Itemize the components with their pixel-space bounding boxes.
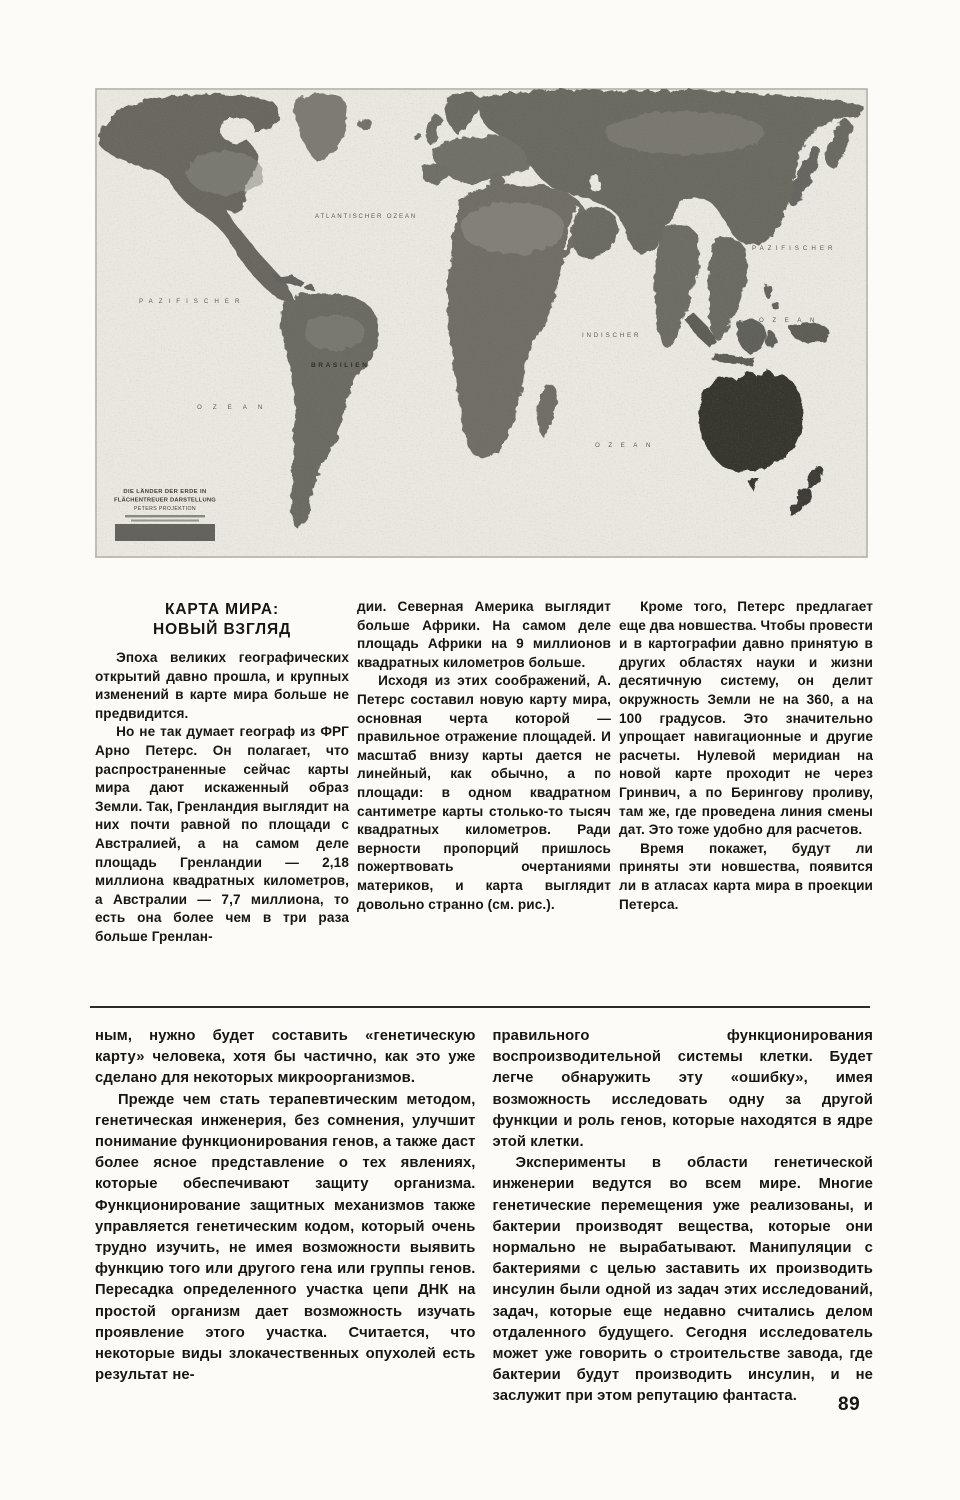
legend-scale-strip [115, 524, 215, 541]
article-genetics: ным, нужно будет составить «генетическую… [95, 1026, 873, 1408]
paragraph: Время покажет, будут ли приняты эти новш… [619, 840, 873, 914]
paragraph: Кроме того, Петерс предлагает еще два но… [619, 598, 873, 840]
article-column-2: дии. Северная Америка выглядит больше Аф… [357, 598, 611, 947]
genetics-column-right: правильного функционирования воспроизвод… [493, 1026, 874, 1408]
article-column-3: Кроме того, Петерс предлагает еще два но… [619, 598, 873, 947]
article-title-line-1: КАРТА МИРА: [95, 600, 349, 620]
magazine-page: PAZIFISCHER OZEAN ATLANTISCHER OZEAN IND… [0, 0, 960, 1500]
article-title-line-2: НОВЫЙ ВЗГЛЯД [95, 620, 349, 640]
legend-fineprint-bar-2 [131, 520, 199, 522]
paragraph: Эпоха великих географических открытий да… [95, 649, 349, 723]
paragraph: Прежде чем стать терапевтическим методом… [95, 1090, 476, 1387]
legend-fineprint-bar-1 [125, 515, 205, 517]
label-brazil: BRASILIEN [311, 362, 369, 369]
world-map-figure: PAZIFISCHER OZEAN ATLANTISCHER OZEAN IND… [95, 88, 868, 558]
label-pacific-east-1: PAZIFISCHER [752, 245, 836, 252]
page-number: 89 [838, 1394, 860, 1416]
paragraph: Исходя из этих соображений, А. Петерс со… [357, 672, 611, 914]
halftone-grain-fine [95, 88, 868, 558]
article-column-1: КАРТА МИРА: НОВЫЙ ВЗГЛЯД Эпоха великих г… [95, 598, 349, 947]
legend-line-1: DIE LÄNDER DER ERDE IN [123, 488, 206, 495]
paragraph: Эксперименты в области генетической инже… [493, 1153, 874, 1407]
article-title: КАРТА МИРА: НОВЫЙ ВЗГЛЯД [95, 600, 349, 640]
legend-line-3: PETERS PROJEKTION [134, 506, 196, 512]
label-pacific-west-1: PAZIFISCHER [139, 298, 245, 305]
peters-projection-map: PAZIFISCHER OZEAN ATLANTISCHER OZEAN IND… [95, 88, 868, 558]
label-indian-1: INDISCHER [582, 332, 641, 339]
genetics-column-left: ным, нужно будет составить «генетическую… [95, 1026, 476, 1408]
paragraph: Но не так думает географ из ФРГ Арно Пет… [95, 723, 349, 946]
legend-line-2: FLÄCHENTREUER DARSTELLUNG [114, 497, 216, 504]
paragraph: дии. Северная Америка выглядит больше Аф… [357, 598, 611, 672]
label-atlantic: ATLANTISCHER OZEAN [315, 213, 417, 220]
label-pacific-east-2: OZEAN [759, 317, 823, 324]
label-indian-2: OZEAN [595, 442, 659, 449]
label-pacific-west-2: OZEAN [197, 404, 273, 411]
paragraph: ным, нужно будет составить «генетическую… [95, 1026, 476, 1090]
article-world-map: КАРТА МИРА: НОВЫЙ ВЗГЛЯД Эпоха великих г… [95, 598, 873, 947]
paragraph: правильного функционирования воспроизвод… [493, 1026, 874, 1153]
section-divider [90, 1006, 870, 1008]
